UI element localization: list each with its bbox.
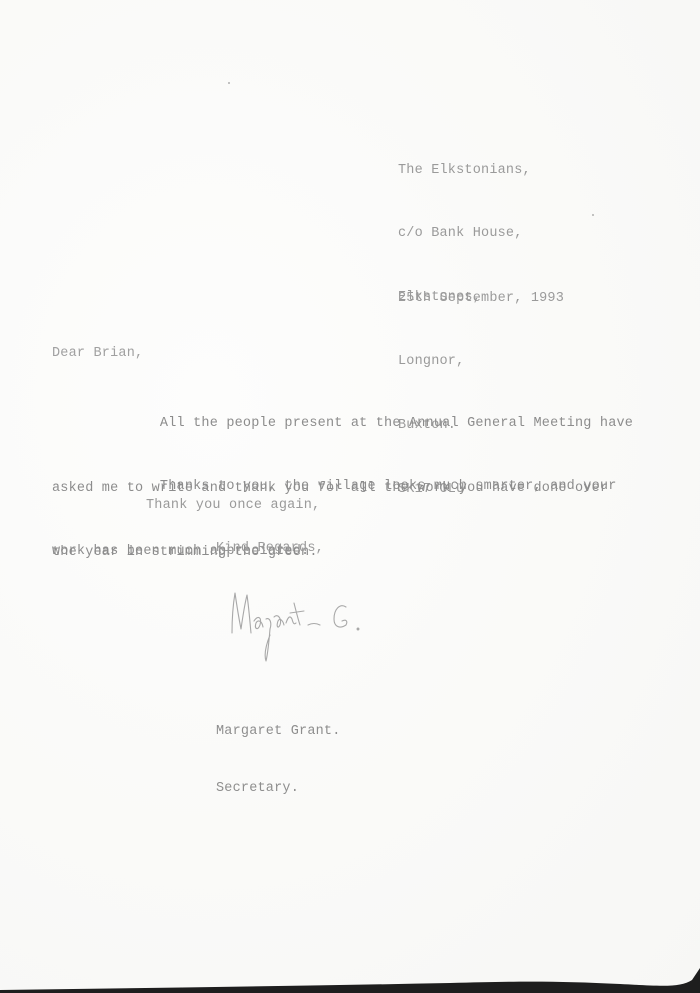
scan-bottom-edge — [0, 968, 700, 993]
body-paragraph-2: Thanks to you, the village looks much sm… — [52, 433, 617, 605]
body-line: work has been much appreciated. — [52, 541, 617, 563]
paper-speck — [592, 214, 594, 216]
regards-line: Kind Regards, — [216, 538, 324, 560]
closing-line: Thank you once again, — [146, 495, 320, 517]
signer-name: Margaret Grant. — [216, 722, 341, 741]
salutation: Dear Brian, — [52, 343, 143, 365]
body-line: Thanks to you, the village looks much sm… — [52, 476, 617, 498]
signer-block: Margaret Grant. Secretary. — [216, 684, 341, 836]
address-line: c/o Bank House, — [398, 223, 531, 244]
body-line: All the people present at the Annual Gen… — [52, 413, 633, 435]
signer-title: Secretary. — [216, 779, 341, 798]
handwritten-signature — [228, 583, 388, 668]
address-line: The Elkstonians, — [398, 160, 531, 181]
letter-date: 25th September, 1993 — [398, 288, 564, 310]
paper-speck — [228, 82, 230, 84]
letter-page: The Elkstonians, c/o Bank House, Elkston… — [0, 0, 700, 993]
